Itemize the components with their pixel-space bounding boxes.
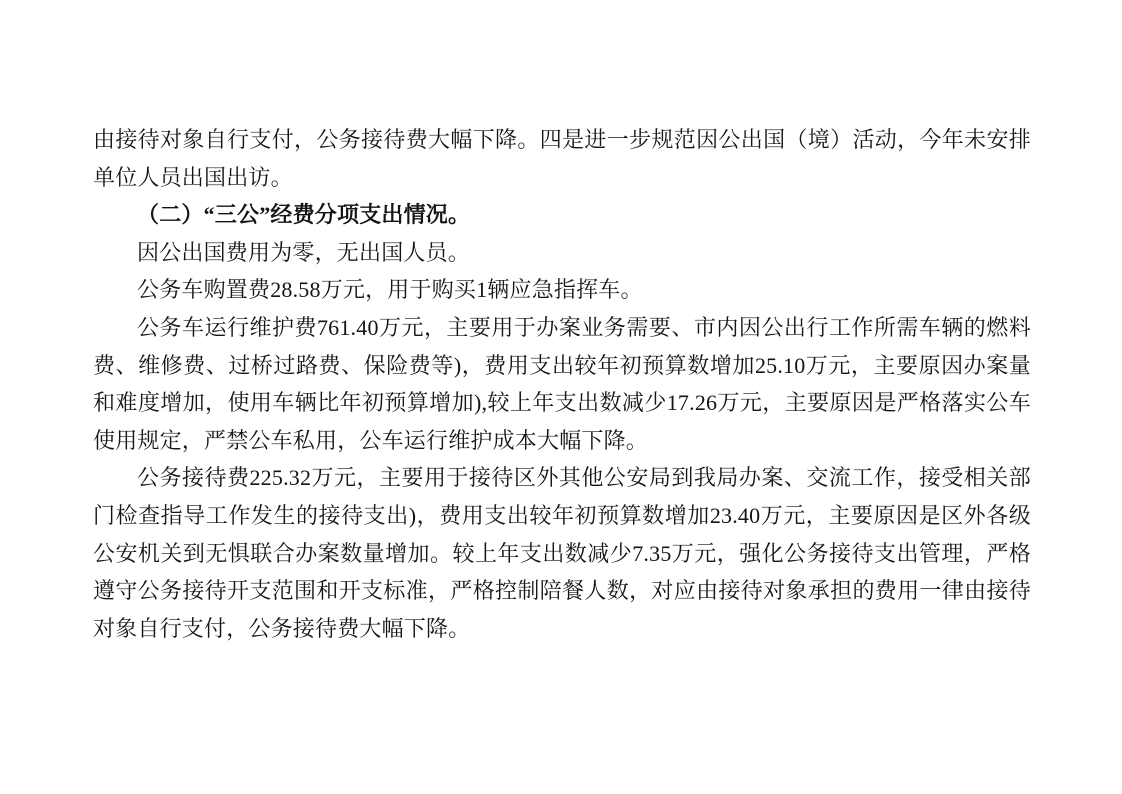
paragraph-continuation: 由接待对象自行支付，公务接待费大幅下降。四是进一步规范因公出国（境）活动，今年未… bbox=[93, 121, 1031, 196]
document-page: 由接待对象自行支付，公务接待费大幅下降。四是进一步规范因公出国（境）活动，今年未… bbox=[0, 0, 1122, 794]
paragraph-official-reception: 公务接待费225.32万元，主要用于接待区外其他公安局到我局办案、交流工作，接受… bbox=[93, 459, 1031, 647]
paragraph-vehicle-purchase: 公务车购置费28.58万元，用于购买1辆应急指挥车。 bbox=[93, 271, 1031, 309]
paragraph-abroad-expense: 因公出国费用为零，无出国人员。 bbox=[93, 234, 1031, 272]
section-heading: （二）“三公”经费分项支出情况。 bbox=[93, 196, 1031, 234]
document-text-block: 由接待对象自行支付，公务接待费大幅下降。四是进一步规范因公出国（境）活动，今年未… bbox=[93, 121, 1031, 647]
paragraph-vehicle-maintenance: 公务车运行维护费761.40万元，主要用于办案业务需要、市内因公出行工作所需车辆… bbox=[93, 309, 1031, 459]
